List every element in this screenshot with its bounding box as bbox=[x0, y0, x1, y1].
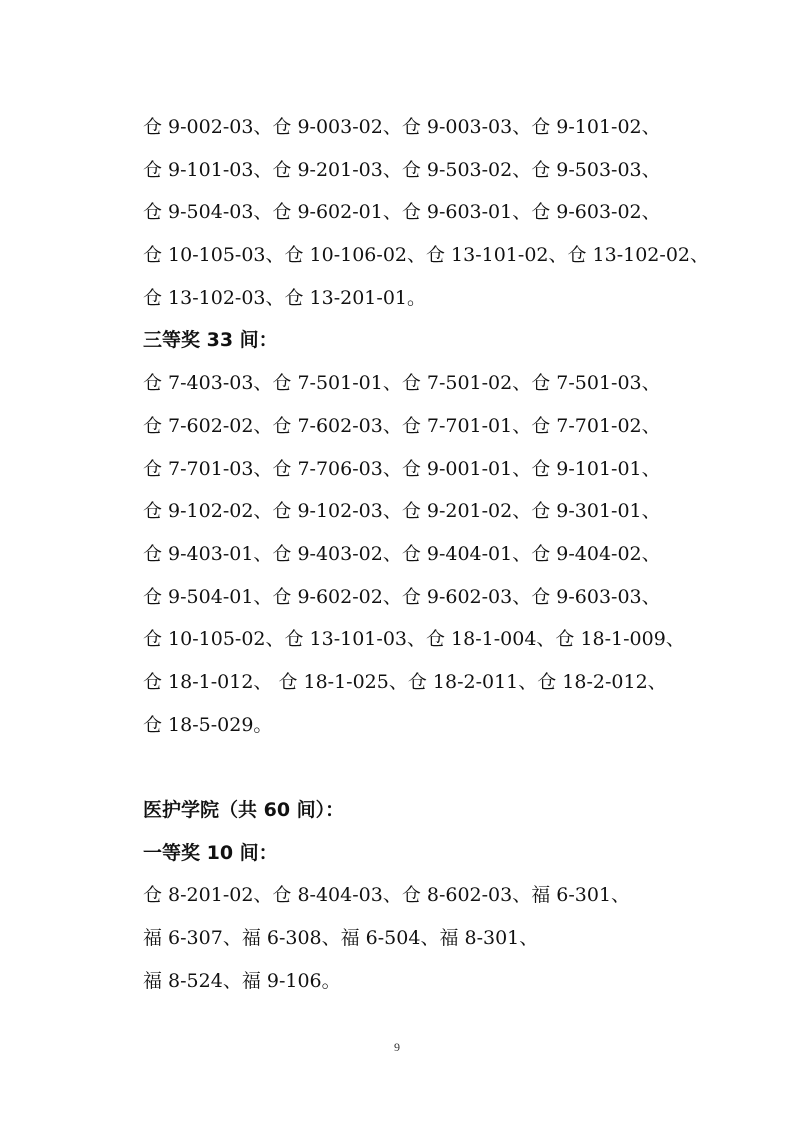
room-list-line: 仓 9-504-01、仓 9-602-02、仓 9-602-03、仓 9-603… bbox=[143, 576, 723, 619]
room-list-line: 仓 18-5-029。 bbox=[143, 704, 723, 747]
room-list-line: 福 8-524、福 9-106。 bbox=[143, 960, 723, 1003]
room-list-line: 仓 7-701-03、仓 7-706-03、仓 9-001-01、仓 9-101… bbox=[143, 448, 723, 491]
first-prize-heading: 一等奖 10 间： bbox=[143, 832, 723, 875]
room-list-line: 仓 18-1-012、 仓 18-1-025、仓 18-2-011、仓 18-2… bbox=[143, 661, 723, 704]
third-prize-heading: 三等奖 33 间： bbox=[143, 319, 723, 362]
room-list-line: 仓 10-105-02、仓 13-101-03、仓 18-1-004、仓 18-… bbox=[143, 618, 723, 661]
room-list-line: 仓 7-602-02、仓 7-602-03、仓 7-701-01、仓 7-701… bbox=[143, 405, 723, 448]
room-list-line: 福 6-307、福 6-308、福 6-504、福 8-301、 bbox=[143, 917, 723, 960]
document-page-body: 仓 9-002-03、仓 9-003-02、仓 9-003-03、仓 9-101… bbox=[143, 106, 723, 1002]
room-list-line: 仓 9-403-01、仓 9-403-02、仓 9-404-01、仓 9-404… bbox=[143, 533, 723, 576]
room-list-line: 仓 9-002-03、仓 9-003-02、仓 9-003-03、仓 9-101… bbox=[143, 106, 723, 149]
room-list-line: 仓 9-102-02、仓 9-102-03、仓 9-201-02、仓 9-301… bbox=[143, 490, 723, 533]
page-number: 9 bbox=[0, 1040, 794, 1055]
room-list-line: 仓 9-504-03、仓 9-602-01、仓 9-603-01、仓 9-603… bbox=[143, 191, 723, 234]
room-list-line: 仓 10-105-03、仓 10-106-02、仓 13-101-02、仓 13… bbox=[143, 234, 723, 277]
room-list-line: 仓 8-201-02、仓 8-404-03、仓 8-602-03、福 6-301… bbox=[143, 874, 723, 917]
room-list-line: 仓 7-403-03、仓 7-501-01、仓 7-501-02、仓 7-501… bbox=[143, 362, 723, 405]
section-spacer bbox=[143, 746, 723, 789]
college-heading: 医护学院（共 60 间）： bbox=[143, 789, 723, 832]
room-list-line: 仓 9-101-03、仓 9-201-03、仓 9-503-02、仓 9-503… bbox=[143, 149, 723, 192]
room-list-line: 仓 13-102-03、仓 13-201-01。 bbox=[143, 277, 723, 320]
